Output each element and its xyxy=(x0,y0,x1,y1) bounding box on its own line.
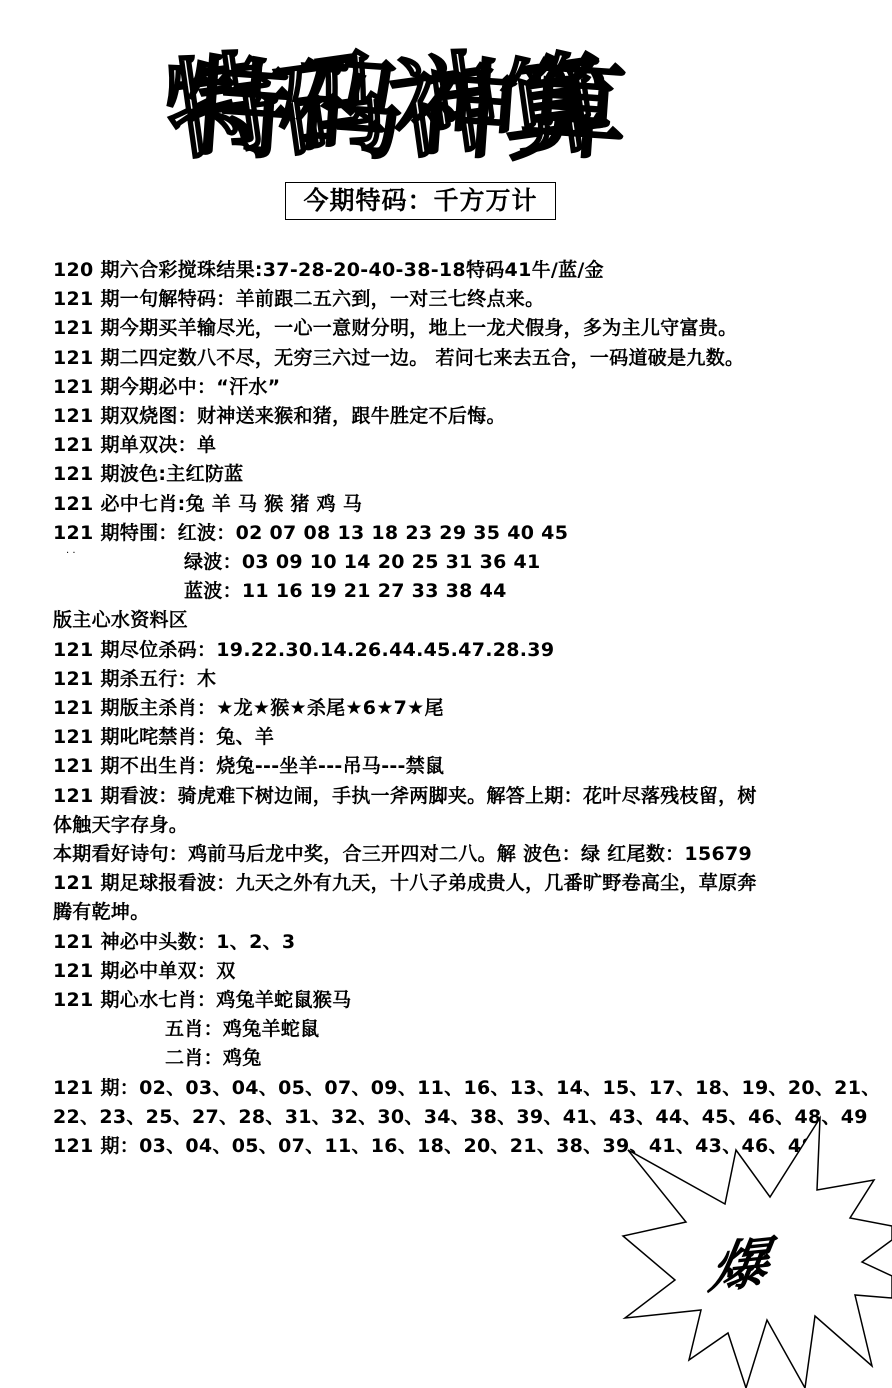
starburst-icon xyxy=(0,0,892,1388)
